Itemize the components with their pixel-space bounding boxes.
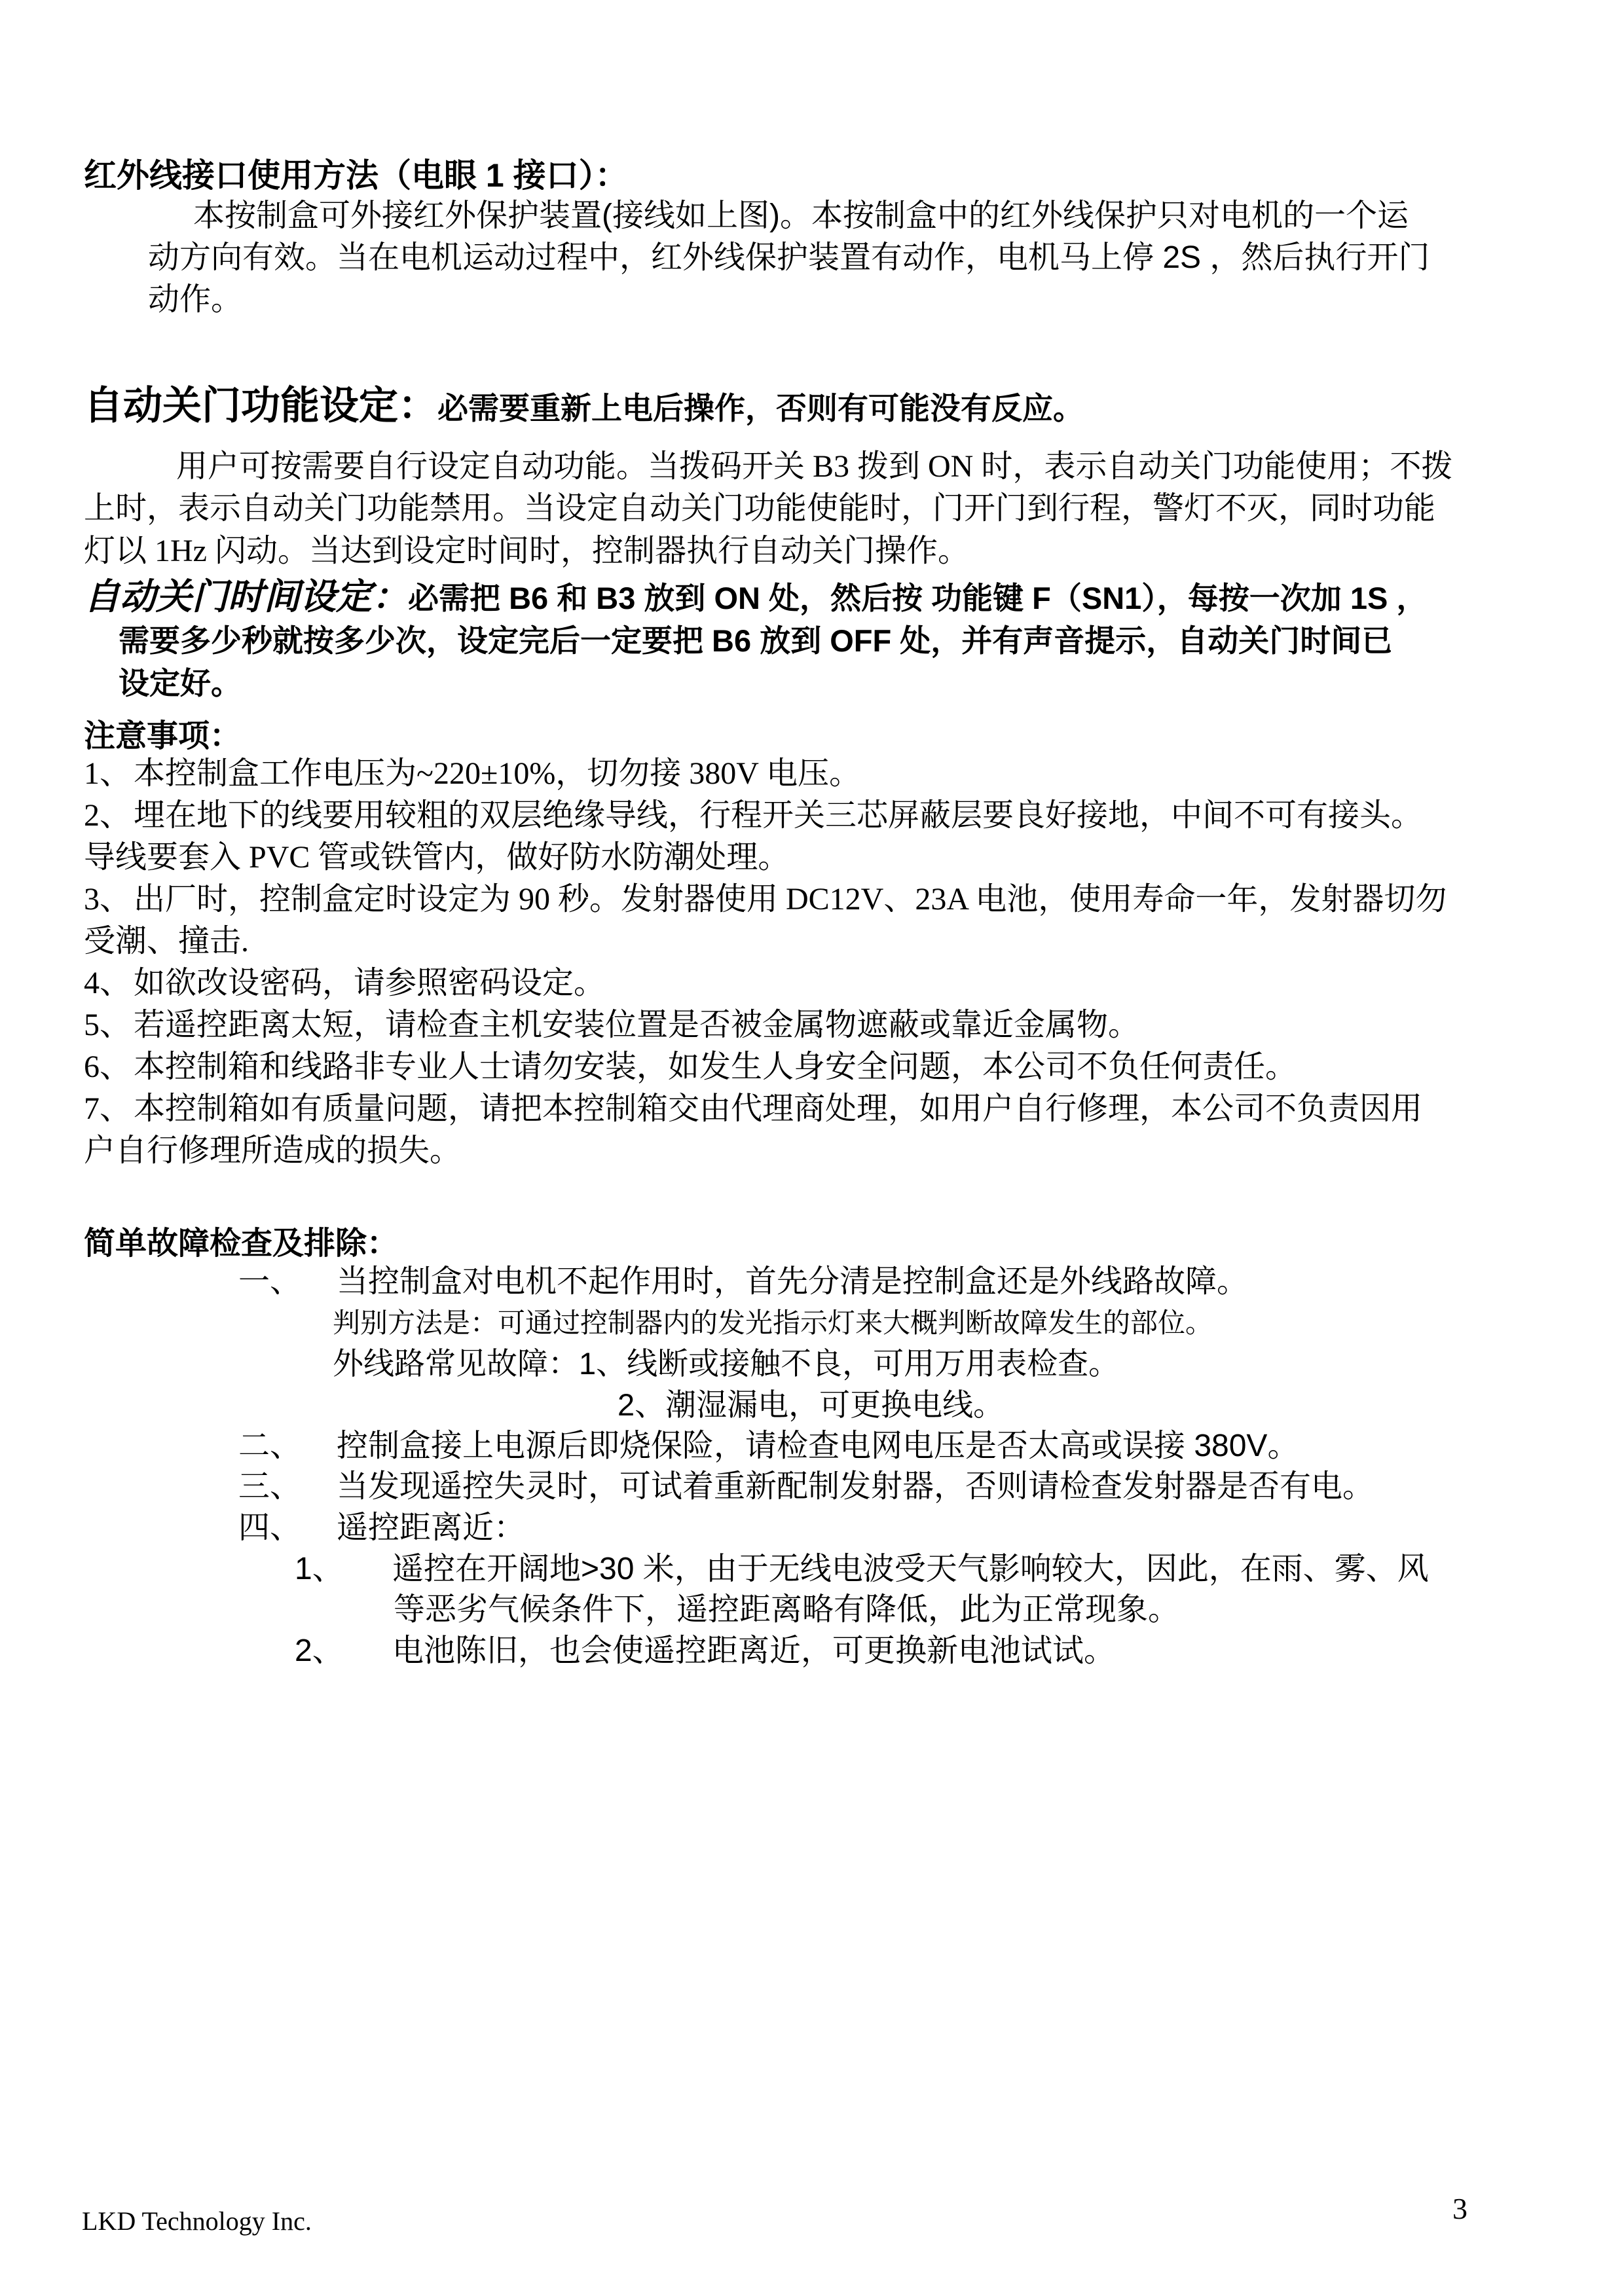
notes-item: 3、出厂时，控制盒定时设定为 90 秒。发射器使用 DC12V、23A 电池，使… bbox=[84, 879, 1447, 920]
troubleshooting-subitem-continuation: 等恶劣气候条件下，遥控距离略有降低，此为正常现象。 bbox=[394, 1589, 1179, 1631]
notes-item-bullet: 6、 bbox=[84, 1046, 134, 1088]
troubleshooting-subitem-text: 电池陈旧，也会使遥控距离近，可更换新电池试试。 bbox=[392, 1633, 1115, 1668]
notes-item-text: 若遥控距离太短，请检查主机安装位置是否被金属物遮蔽或靠近金属物。 bbox=[134, 1008, 1139, 1042]
troubleshooting-item: 一、当控制盒对电机不起作用时，首先分清是控制盒还是外线路故障。 bbox=[238, 1261, 1248, 1303]
infrared-paragraph-line: 本按制盒可外接红外保护装置(接线如上图)。本按制盒中的红外线保护只对电机的一个运 bbox=[193, 195, 1409, 237]
troubleshooting-subitem: 1、遥控在开阔地>30 米，由于无线电波受天气影响较大，因此，在雨、雾、风 bbox=[295, 1548, 1429, 1590]
footer-company: LKD Technology Inc. bbox=[82, 2205, 312, 2238]
notes-item-text: 埋在地下的线要用较粗的双层绝缘导线，行程开关三芯屏蔽层要良好接地，中间不可有接头… bbox=[134, 798, 1422, 833]
notes-item-bullet: 7、 bbox=[84, 1088, 134, 1130]
infrared-paragraph-line: 动作。 bbox=[148, 279, 242, 321]
auto-close-paragraph-line: 上时，表示自动关门功能禁用。当设定自动关门功能使能时，门开门到行程，警灯不灭，同… bbox=[84, 488, 1435, 530]
auto-close-time-line: 需要多少秒就按多少次，设定完后一定要把 B6 放到 OFF 处，并有声音提示，自… bbox=[119, 620, 1392, 662]
notes-item-text: 本控制盒工作电压为~220±10%，切勿接 380V 电压。 bbox=[134, 756, 860, 791]
notes-item-continuation: 户自行修理所造成的损失。 bbox=[84, 1130, 461, 1172]
notes-item-text: 本控制箱如有质量问题，请把本控制箱交由代理商处理，如用户自行修理，本公司不负责因… bbox=[134, 1091, 1422, 1126]
auto-close-paragraph-line: 灯以 1Hz 闪动。当达到设定时间时，控制器执行自动关门操作。 bbox=[84, 530, 969, 572]
notes-item: 6、本控制箱和线路非专业人士请勿安装，如发生人身安全问题，本公司不负任何责任。 bbox=[84, 1046, 1297, 1088]
notes-item: 2、埋在地下的线要用较粗的双层绝缘导线，行程开关三芯屏蔽层要良好接地，中间不可有… bbox=[84, 795, 1422, 837]
notes-item-bullet: 3、 bbox=[84, 879, 134, 920]
troubleshooting-item-text: 当控制盒对电机不起作用时，首先分清是控制盒还是外线路故障。 bbox=[337, 1264, 1248, 1299]
troubleshooting-item-text: 遥控距离近： bbox=[337, 1510, 525, 1545]
notes-item-bullet: 4、 bbox=[84, 962, 134, 1004]
troubleshooting-item-text: 当发现遥控失灵时，可试着重新配制发射器，否则请检查发射器是否有电。 bbox=[337, 1469, 1374, 1504]
troubleshooting-item-bullet: 四、 bbox=[238, 1507, 337, 1549]
section-heading-notes: 注意事项： bbox=[84, 716, 241, 757]
section-heading-infrared: 红外线接口使用方法（电眼 1 接口）： bbox=[84, 153, 628, 198]
troubleshooting-item-bullet: 一、 bbox=[238, 1261, 337, 1303]
document-page: 红外线接口使用方法（电眼 1 接口）： 本按制盒可外接红外保护装置(接线如上图)… bbox=[0, 0, 1624, 2296]
notes-item-text: 出厂时，控制盒定时设定为 90 秒。发射器使用 DC12V、23A 电池，使用寿… bbox=[134, 882, 1447, 917]
heading-text: 自动关门时间设定： bbox=[84, 576, 408, 617]
notes-item-bullet: 1、 bbox=[84, 753, 134, 795]
troubleshooting-subitem-bullet: 2、 bbox=[295, 1630, 392, 1672]
notes-item: 1、本控制盒工作电压为~220±10%，切勿接 380V 电压。 bbox=[84, 753, 860, 795]
heading-rest: 必需把 B6 和 B3 放到 ON 处，然后按 功能键 F（SN1），每按一次加… bbox=[408, 581, 1427, 615]
heading-text: 自动关门功能设定： bbox=[84, 384, 437, 428]
troubleshooting-item: 四、遥控距离近： bbox=[238, 1507, 525, 1549]
notes-item: 5、若遥控距离太短，请检查主机安装位置是否被金属物遮蔽或靠近金属物。 bbox=[84, 1004, 1139, 1046]
troubleshooting-item-continuation: 外线路常见故障：1、线断或接触不良，可用万用表检查。 bbox=[333, 1343, 1119, 1385]
notes-item-text: 如欲改设密码，请参照密码设定。 bbox=[134, 966, 605, 1000]
notes-item-text: 本控制箱和线路非专业人士请勿安装，如发生人身安全问题，本公司不负任何责任。 bbox=[134, 1049, 1297, 1084]
auto-close-paragraph-line: 用户可按需要自行设定自动功能。当拨码开关 B3 拨到 ON 时，表示自动关门功能… bbox=[176, 446, 1452, 488]
troubleshooting-subitem-text: 遥控在开阔地>30 米，由于无线电波受天气影响较大，因此，在雨、雾、风 bbox=[392, 1552, 1429, 1586]
notes-item-bullet: 2、 bbox=[84, 795, 134, 837]
troubleshooting-subitem-bullet: 1、 bbox=[295, 1548, 392, 1590]
troubleshooting-item-bullet: 二、 bbox=[238, 1425, 337, 1467]
notes-item-continuation: 受潮、撞击. bbox=[84, 920, 249, 962]
notes-item: 4、如欲改设密码，请参照密码设定。 bbox=[84, 962, 605, 1004]
troubleshooting-subitem: 2、电池陈旧，也会使遥控距离近，可更换新电池试试。 bbox=[295, 1630, 1115, 1672]
troubleshooting-item: 三、当发现遥控失灵时，可试着重新配制发射器，否则请检查发射器是否有电。 bbox=[238, 1466, 1374, 1508]
troubleshooting-item: 二、控制盒接上电源后即烧保险，请检查电网电压是否太高或误接 380V。 bbox=[238, 1425, 1299, 1467]
section-heading-troubleshooting: 简单故障检查及排除： bbox=[84, 1223, 398, 1265]
troubleshooting-item-continuation: 2、潮湿漏电，可更换电线。 bbox=[618, 1384, 1004, 1426]
infrared-paragraph-line: 动方向有效。当在电机运动过程中，红外线保护装置有动作，电机马上停 2S ，然后执… bbox=[148, 237, 1430, 279]
notes-item: 7、本控制箱如有质量问题，请把本控制箱交由代理商处理，如用户自行修理，本公司不负… bbox=[84, 1088, 1422, 1130]
troubleshooting-item-text: 控制盒接上电源后即烧保险，请检查电网电压是否太高或误接 380V。 bbox=[337, 1429, 1299, 1463]
troubleshooting-item-bullet: 三、 bbox=[238, 1466, 337, 1508]
footer-page-number: 3 bbox=[1452, 2191, 1467, 2227]
auto-close-time-line: 设定好。 bbox=[119, 663, 242, 704]
section-heading-auto-close-function: 自动关门功能设定：必需要重新上电后操作，否则有可能没有反应。 bbox=[84, 378, 1084, 444]
notes-item-continuation: 导线要套入 PVC 管或铁管内，做好防水防潮处理。 bbox=[84, 837, 789, 879]
heading-note: 必需要重新上电后操作，否则有可能没有反应。 bbox=[437, 391, 1084, 426]
notes-item-bullet: 5、 bbox=[84, 1004, 134, 1046]
troubleshooting-item-continuation: 判别方法是：可通过控制器内的发光指示灯来大概判断故障发生的部位。 bbox=[333, 1305, 1213, 1343]
